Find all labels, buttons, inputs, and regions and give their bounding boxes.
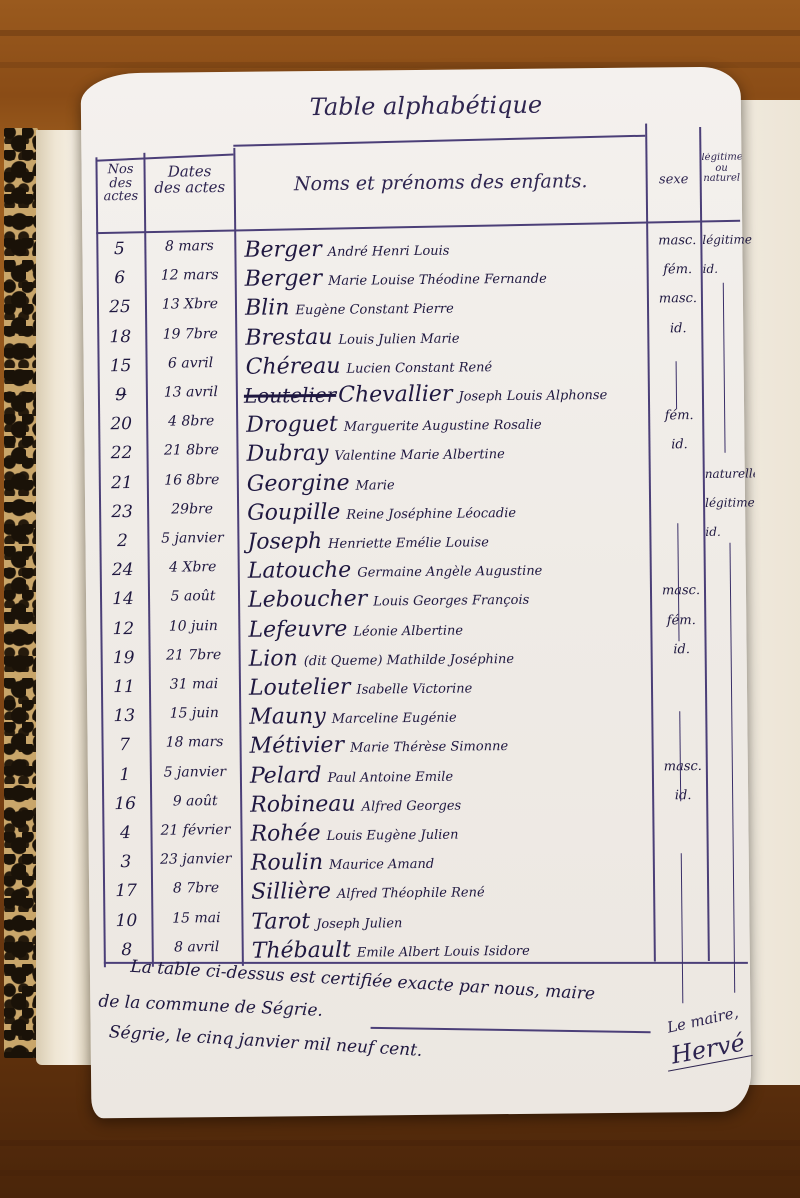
child-name: ThébaultEmile Albert Louis Isidore	[250, 934, 650, 963]
given-names: Joseph Julien	[316, 916, 402, 932]
sex: fém.	[650, 408, 708, 424]
surname: Tarot	[251, 909, 310, 935]
given-names: Marguerite Augustine Rosalie	[344, 418, 542, 435]
child-name: DubrayValentine Marie Albertine	[244, 438, 644, 467]
surname: Blin	[245, 296, 290, 321]
register-entry: 22 21 8bre DubrayValentine Marie Alberti…	[98, 437, 742, 471]
surname: Leboucher	[248, 587, 367, 613]
act-number: 24	[100, 560, 146, 580]
act-date: 21 février	[154, 822, 236, 839]
book-cover-marbled	[4, 128, 38, 1058]
act-number: 22	[98, 443, 144, 463]
register-entry: 13 15 juin MaunyMarceline Eugénie	[101, 700, 745, 734]
child-name: RohéeLouis Eugène Julien	[248, 818, 648, 847]
child-name: TarotJoseph Julien	[249, 905, 649, 934]
act-date: 13 avril	[150, 384, 232, 401]
given-names: Valentine Marie Albertine	[334, 447, 504, 464]
legitimacy: id.	[705, 524, 755, 539]
child-name: GoupilleReine Joséphine Léocadie	[245, 496, 645, 525]
register-page: Table alphabétique Nos des actes Dates d…	[81, 67, 752, 1119]
given-names: Alfred Théophile René	[337, 886, 485, 903]
register-entry: 4 21 février RohéeLouis Eugène Julien	[102, 817, 746, 851]
register-entry: 16 9 août RobineauAlfred Georges id.	[102, 787, 746, 821]
surname: Roulin	[251, 850, 323, 876]
register-entry: 12 10 juin LefeuvreLéonie Albertine fém.	[100, 612, 744, 646]
surname: Droguet	[246, 412, 338, 438]
act-date: 8 avril	[156, 939, 238, 956]
act-number: 17	[103, 881, 149, 901]
act-number: 12	[100, 618, 146, 638]
child-name: SillièreAlfred Théophile René	[249, 876, 649, 905]
act-date: 29bre	[151, 501, 233, 518]
sex	[653, 700, 711, 701]
given-names: Marie Louise Théodine Fernande	[328, 272, 547, 289]
act-number: 21	[99, 472, 145, 492]
act-number: 23	[99, 502, 145, 522]
surname: Brestau	[245, 324, 332, 350]
header-act-number: Nos des actes	[97, 163, 143, 204]
child-name: RobineauAlfred Georges	[248, 788, 648, 817]
child-name: LeboucherLouis Georges François	[246, 584, 646, 613]
register-entry: 25 13 Xbre BlinEugène Constant Pierre ma…	[97, 291, 741, 325]
act-number: 18	[97, 326, 143, 346]
act-number: 3	[103, 852, 149, 872]
register-entry: 23 29bre GoupilleReine Joséphine Léocadi…	[99, 495, 743, 529]
act-number: 16	[102, 794, 148, 814]
act-date: 31 mai	[153, 676, 235, 693]
surname: Berger	[245, 266, 323, 292]
act-date: 21 7bre	[153, 647, 235, 664]
child-name: JosephHenriette Emélie Louise	[245, 526, 645, 555]
surname: Berger	[244, 237, 322, 263]
sex: masc.	[648, 233, 706, 249]
given-names: André Henri Louis	[328, 244, 450, 260]
child-name: LoutelierIsabelle Victorine	[247, 672, 647, 701]
act-date: 8 mars	[148, 238, 230, 255]
surname: Chéreau	[245, 354, 340, 380]
sex: fém.	[652, 613, 710, 629]
sex: id.	[650, 437, 708, 453]
act-number: 9	[98, 385, 144, 405]
child-name: BrestauLouis Julien Marie	[243, 321, 643, 350]
act-number: 14	[100, 589, 146, 609]
given-names: Alfred Georges	[362, 798, 462, 814]
act-number: 15	[98, 356, 144, 376]
child-name: BergerAndré Henri Louis	[242, 234, 642, 263]
sex	[655, 846, 713, 847]
register-entry: 3 23 janvier RoulinMaurice Amand	[103, 846, 747, 880]
given-names: Louis Eugène Julien	[327, 828, 459, 844]
given-names: Henriette Emélie Louise	[328, 535, 489, 552]
act-number: 1	[102, 764, 148, 784]
act-number: 20	[98, 414, 144, 434]
act-date: 10 juin	[152, 617, 234, 634]
sex	[654, 817, 712, 818]
child-name: LoutelierChevallierJoseph Louis Alphonse	[244, 380, 644, 409]
given-names: Germaine Angèle Augustine	[357, 564, 542, 581]
child-name: RoulinMaurice Amand	[249, 847, 649, 876]
register-entry: 9 13 avril LoutelierChevallierJoseph Lou…	[98, 379, 742, 413]
given-names: Léonie Albertine	[353, 623, 463, 639]
register-entry: 18 19 7bre BrestauLouis Julien Marie id.	[97, 320, 741, 354]
sex: masc.	[652, 583, 710, 599]
child-name: LatoucheGermaine Angèle Augustine	[246, 555, 646, 584]
register-entry: 1 5 janvier PelardPaul Antoine Emile mas…	[102, 758, 746, 792]
sex	[652, 554, 710, 555]
given-names: Louis Georges François	[373, 593, 529, 610]
surname: Dubray	[246, 441, 328, 467]
surname: Loutelier	[249, 675, 351, 701]
register-entry: 14 5 août LeboucherLouis Georges Françoi…	[100, 583, 744, 617]
given-names: Lucien Constant René	[346, 360, 492, 377]
header-child-names: Noms et prénoms des enfants.	[236, 172, 646, 196]
given-names: Eugène Constant Pierre	[295, 302, 453, 319]
legitimacy: id.	[703, 262, 753, 277]
given-names: Paul Antoine Emile	[327, 769, 453, 785]
header-act-date: Dates des actes	[146, 164, 234, 196]
index-table: Nos des actes Dates des actes Noms et pr…	[95, 123, 748, 968]
certification-line-2: de la commune de Ségrie.	[98, 991, 323, 1020]
given-names: Maurice Amand	[329, 857, 434, 873]
act-number: 10	[103, 910, 149, 930]
act-number: 19	[101, 648, 147, 668]
sex: masc.	[654, 759, 712, 775]
sex	[653, 671, 711, 672]
act-number: 25	[97, 297, 143, 317]
legitimacy: légitime	[705, 495, 755, 510]
surname: Latouche	[248, 558, 352, 584]
register-entry: 2 5 janvier JosephHenriette Emélie Louis…	[99, 525, 743, 559]
act-date: 6 avril	[150, 355, 232, 372]
register-entry: 24 4 Xbre LatoucheGermaine Angèle August…	[100, 554, 744, 588]
act-date: 16 8bre	[151, 472, 233, 489]
header-legitimacy: légitime ou naturel	[701, 153, 741, 185]
act-date: 19 7bre	[149, 326, 231, 343]
given-names: Marie Thérèse Simonne	[350, 739, 508, 756]
act-number: 11	[101, 677, 147, 697]
act-date: 4 8bre	[150, 413, 232, 430]
register-entry: 7 18 mars MétivierMarie Thérèse Simonne	[101, 729, 745, 763]
sex	[651, 496, 709, 497]
act-date: 23 janvier	[155, 851, 237, 868]
surname: Lefeuvre	[248, 616, 347, 642]
page-title: Table alphabétique	[261, 90, 591, 121]
given-names: Louis Julien Marie	[338, 331, 459, 347]
sex: fém.	[649, 262, 707, 278]
legitimacy: légitime	[702, 232, 752, 247]
given-names: Isabelle Victorine	[356, 681, 472, 697]
act-number: 7	[101, 735, 147, 755]
given-names: Reine Joséphine Léocadie	[346, 506, 516, 523]
act-date: 18 mars	[153, 734, 235, 751]
given-names: Emile Albert Louis Isidore	[357, 944, 530, 961]
sex	[656, 934, 714, 935]
surname: Métivier	[249, 733, 344, 759]
surname: Mauny	[249, 704, 326, 730]
sex	[650, 379, 708, 380]
sex	[653, 729, 711, 730]
surname: Lion	[249, 646, 298, 672]
act-number: 4	[102, 823, 148, 843]
signature-rule	[371, 1027, 651, 1033]
register-entry: 15 6 avril ChéreauLucien Constant René	[98, 349, 742, 383]
sex: id.	[653, 642, 711, 658]
act-date: 5 janvier	[154, 763, 236, 780]
register-entry: 21 16 8bre GeorgineMarie naturelle	[99, 466, 743, 500]
child-name: DroguetMarguerite Augustine Rosalie	[244, 409, 644, 438]
legitimacy: naturelle	[705, 466, 755, 481]
register-entry: 19 21 7bre Lion(dit Queme) Mathilde José…	[101, 641, 745, 675]
act-date: 8 7bre	[155, 880, 237, 897]
surname: Thébault	[252, 937, 351, 963]
register-entry: 17 8 7bre SillièreAlfred Théophile René	[103, 875, 747, 909]
act-number: 6	[97, 268, 143, 288]
act-date: 5 janvier	[151, 530, 233, 547]
sex	[655, 904, 713, 905]
sex	[651, 467, 709, 468]
given-names: (dit Queme) Mathilde Joséphine	[304, 652, 514, 669]
register-entry: 11 31 mai LoutelierIsabelle Victorine	[101, 671, 745, 705]
surname: Joseph	[247, 529, 322, 555]
surname: Chevallier	[338, 382, 452, 408]
sex: id.	[654, 788, 712, 804]
sex: id.	[649, 321, 707, 337]
surname: Sillière	[251, 879, 331, 905]
sex	[655, 875, 713, 876]
sex: masc.	[649, 291, 707, 307]
act-date: 21 8bre	[150, 442, 232, 459]
given-names: Marceline Eugénie	[332, 711, 457, 727]
act-number: 13	[101, 706, 147, 726]
act-date: 12 mars	[149, 267, 231, 284]
act-number: 2	[99, 531, 145, 551]
child-name: Lion(dit Queme) Mathilde Joséphine	[247, 642, 647, 671]
child-name: MétivierMarie Thérèse Simonne	[247, 730, 647, 759]
act-date: 15 mai	[155, 909, 237, 926]
child-name: BergerMarie Louise Théodine Fernande	[243, 263, 643, 292]
sex	[649, 350, 707, 351]
act-date: 5 août	[152, 588, 234, 605]
act-number: 5	[96, 239, 142, 259]
act-date: 15 juin	[153, 705, 235, 722]
child-name: MaunyMarceline Eugénie	[247, 701, 647, 730]
given-names: Marie	[355, 478, 394, 493]
act-date: 13 Xbre	[149, 296, 231, 313]
register-entry: 6 12 mars BergerMarie Louise Théodine Fe…	[97, 262, 741, 296]
header-sex: sexe	[648, 173, 700, 187]
surname: Pelard	[250, 763, 322, 789]
child-name: PelardPaul Antoine Emile	[248, 759, 648, 788]
given-names: Joseph Louis Alphonse	[458, 388, 607, 405]
register-entry: 5 8 mars BergerAndré Henri Louis masc. l…	[96, 233, 740, 267]
child-name: LefeuvreLéonie Albertine	[246, 613, 646, 642]
surname: Rohée	[250, 821, 320, 847]
act-date: 9 août	[154, 793, 236, 810]
struck-surname: Loutelier	[244, 383, 337, 408]
sex	[651, 525, 709, 526]
surname: Robineau	[250, 791, 356, 817]
surname: Georgine	[247, 470, 350, 496]
child-name: GeorgineMarie	[245, 467, 645, 496]
surname: Goupille	[247, 500, 340, 526]
child-name: ChéreauLucien Constant René	[243, 350, 643, 379]
register-entry: 10 15 mai TarotJoseph Julien	[103, 904, 747, 938]
act-date: 4 Xbre	[152, 559, 234, 576]
register-entry: 20 4 8bre DroguetMarguerite Augustine Ro…	[98, 408, 742, 442]
child-name: BlinEugène Constant Pierre	[243, 292, 643, 321]
